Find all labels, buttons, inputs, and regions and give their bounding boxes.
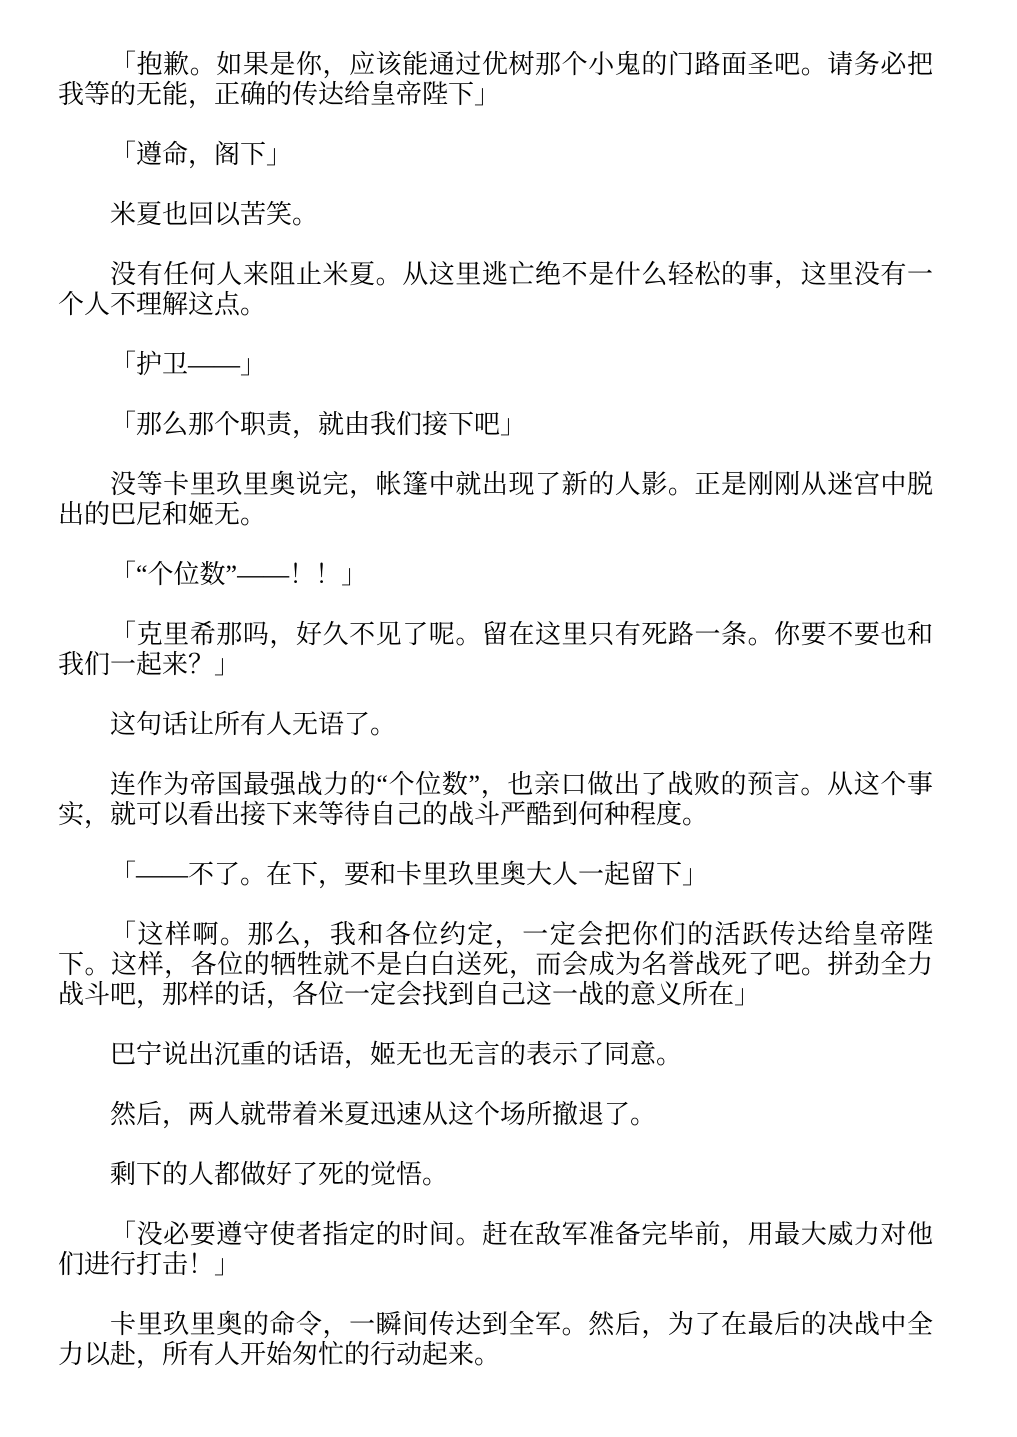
document-page: 「抱歉。如果是你，应该能通过优树那个小鬼的门路面圣吧。请务必把我等的无能，正确的… xyxy=(0,0,1017,1437)
paragraph: 「抱歉。如果是你，应该能通过优树那个小鬼的门路面圣吧。请务必把我等的无能，正确的… xyxy=(58,50,933,110)
paragraph: 「这样啊。那么，我和各位约定，一定会把你们的活跃传达给皇帝陛下。这样，各位的牺牲… xyxy=(58,920,933,1010)
paragraph: 「护卫——」 xyxy=(58,350,933,380)
paragraph: 「克里希那吗，好久不见了呢。留在这里只有死路一条。你要不要也和我们一起来？」 xyxy=(58,620,933,680)
paragraph: 「没必要遵守使者指定的时间。赶在敌军准备完毕前，用最大威力对他们进行打击！」 xyxy=(58,1220,933,1280)
paragraph: 然后，两人就带着米夏迅速从这个场所撤退了。 xyxy=(58,1100,933,1130)
paragraph: 没等卡里玖里奥说完，帐篷中就出现了新的人影。正是刚刚从迷宫中脱出的巴尼和姬无。 xyxy=(58,470,933,530)
paragraph: 巴宁说出沉重的话语，姬无也无言的表示了同意。 xyxy=(58,1040,933,1070)
paragraph: 「——不了。在下，要和卡里玖里奥大人一起留下」 xyxy=(58,860,933,890)
paragraph: 这句话让所有人无语了。 xyxy=(58,710,933,740)
paragraph: 「遵命，阁下」 xyxy=(58,140,933,170)
paragraph: 剩下的人都做好了死的觉悟。 xyxy=(58,1160,933,1190)
paragraph: 卡里玖里奥的命令，一瞬间传达到全军。然后，为了在最后的决战中全力以赴，所有人开始… xyxy=(58,1310,933,1370)
paragraph: 「那么那个职责，就由我们接下吧」 xyxy=(58,410,933,440)
paragraph: 连作为帝国最强战力的“个位数”，也亲口做出了战败的预言。从这个事实，就可以看出接… xyxy=(58,770,933,830)
paragraph: 米夏也回以苦笑。 xyxy=(58,200,933,230)
paragraph: 没有任何人来阻止米夏。从这里逃亡绝不是什么轻松的事，这里没有一个人不理解这点。 xyxy=(58,260,933,320)
paragraph: 「“个位数”——！！」 xyxy=(58,560,933,590)
